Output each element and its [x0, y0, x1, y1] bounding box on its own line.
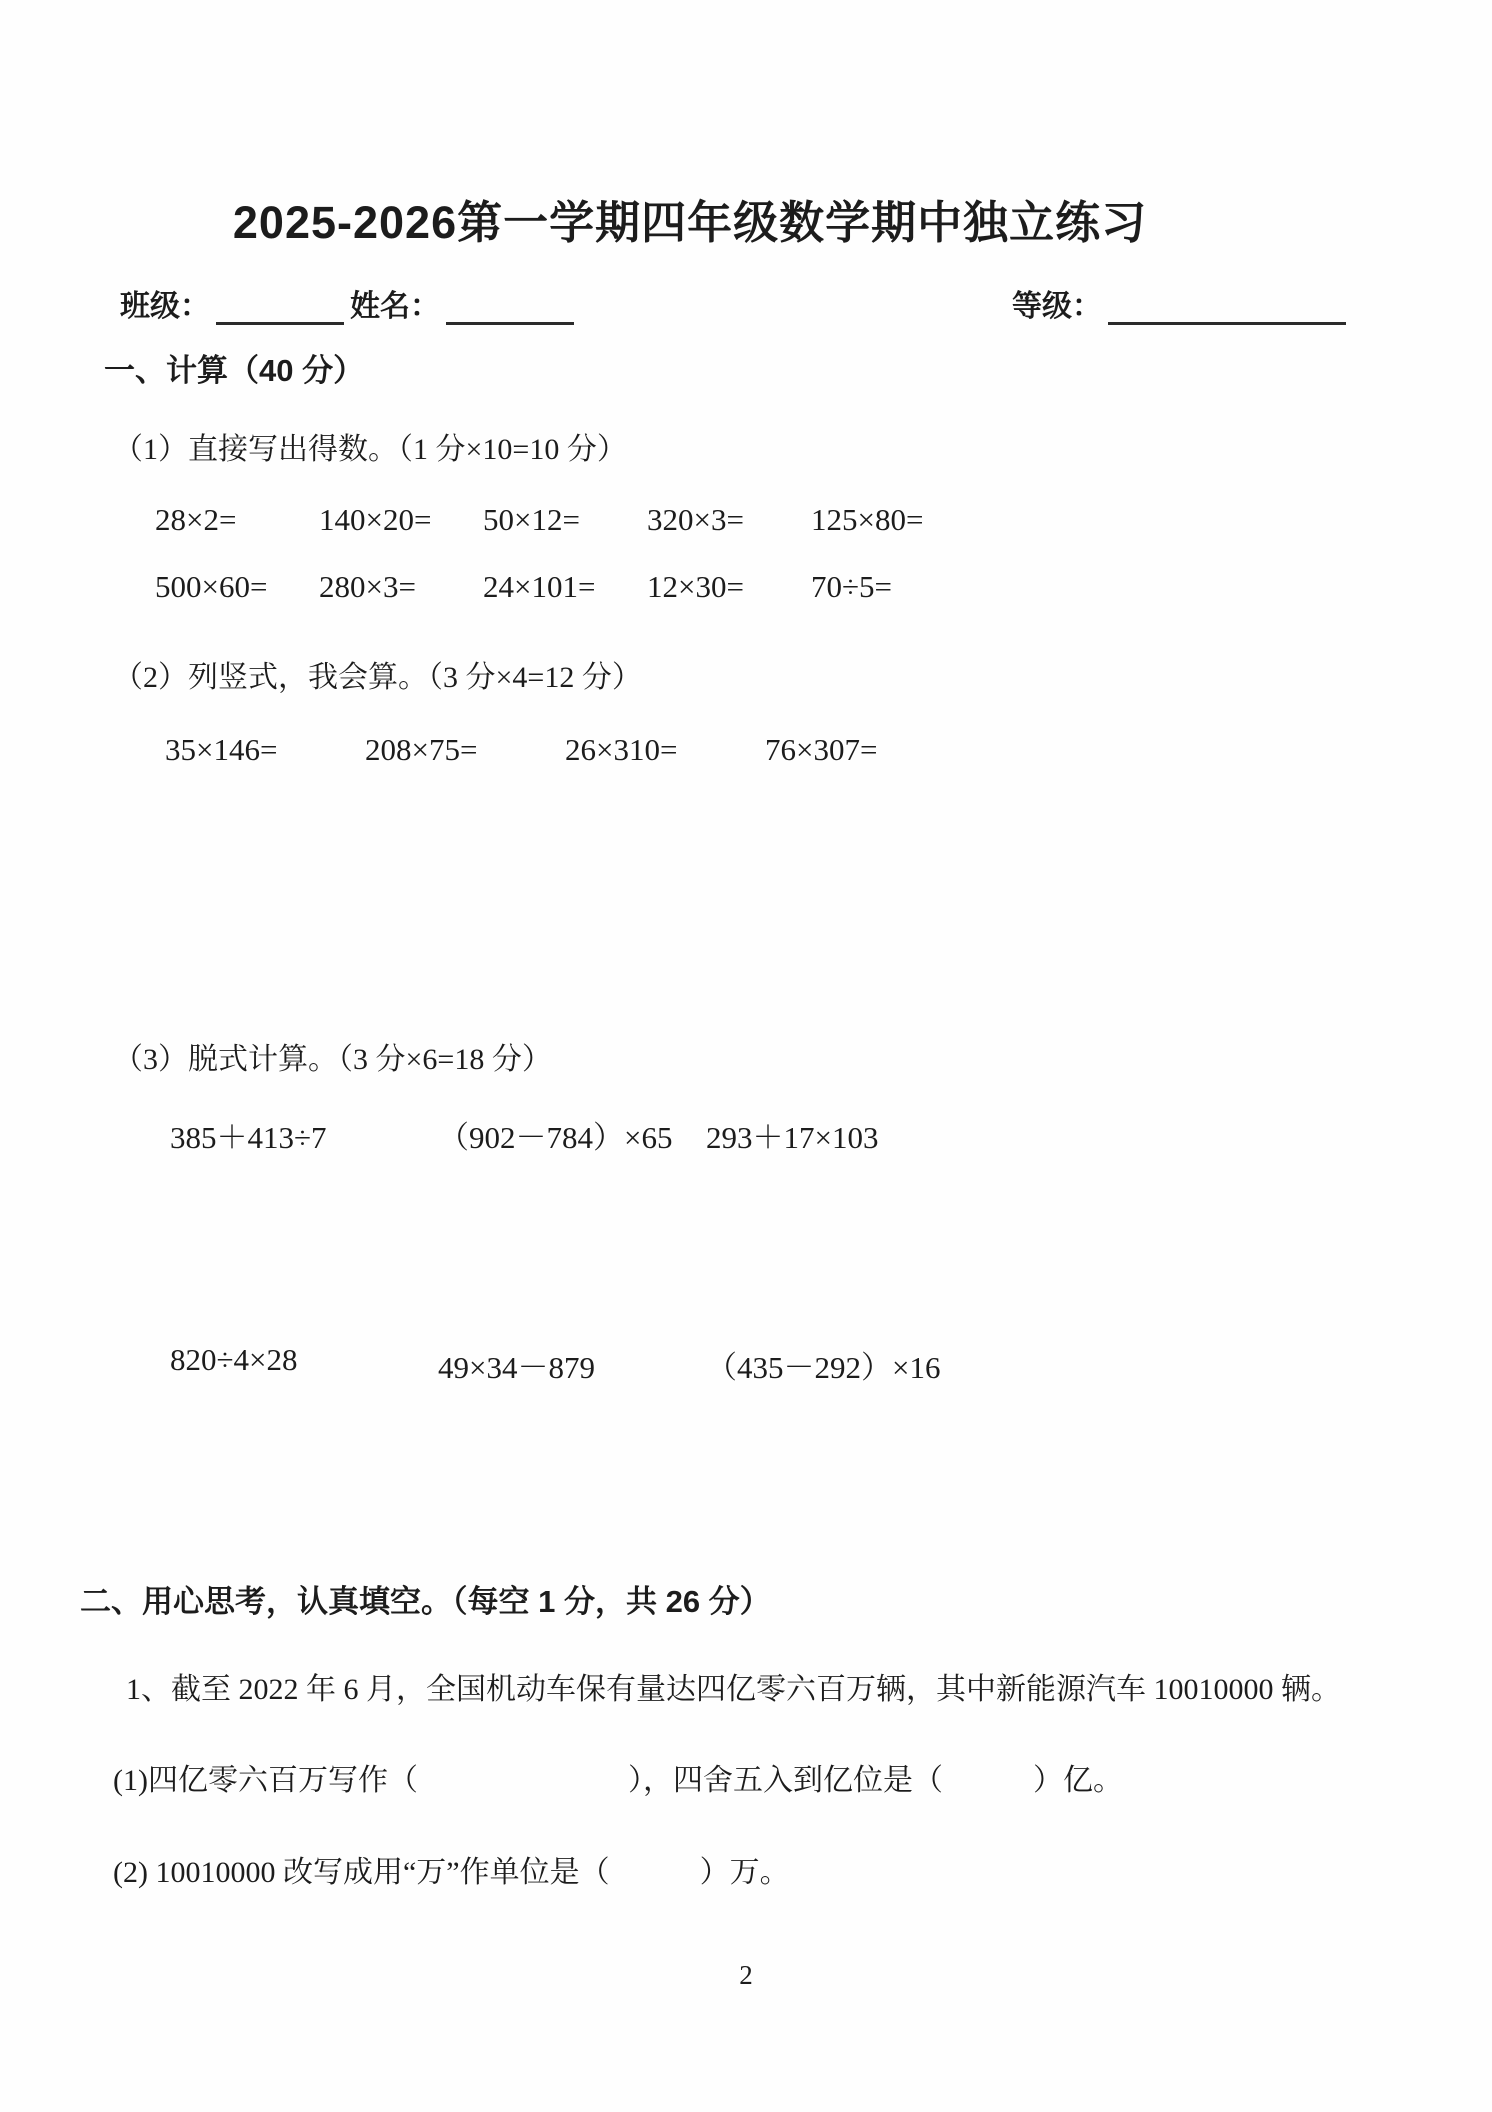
math-problem: （435－292）×16	[706, 1342, 974, 1387]
math-problem: 70÷5=	[811, 569, 975, 605]
math-problem: 320×3=	[647, 502, 811, 538]
stepwise-calc-row-1: 385＋413÷7 （902－784）×65 293＋17×103	[170, 1112, 974, 1157]
math-problem: 125×80=	[811, 502, 975, 538]
math-problem: 140×20=	[319, 502, 483, 538]
name-field: 姓名：	[350, 281, 574, 325]
column-calc-row: 35×146= 208×75= 26×310= 76×307=	[165, 732, 965, 768]
math-problem: 820÷4×28	[170, 1342, 438, 1387]
oral-calc-row-2: 500×60= 280×3= 24×101= 12×30= 70÷5=	[155, 569, 975, 605]
math-problem: （902－784）×65	[438, 1112, 706, 1157]
math-problem: 208×75=	[365, 732, 565, 768]
math-problem: 385＋413÷7	[170, 1112, 438, 1157]
math-problem: 35×146=	[165, 732, 365, 768]
oral-calc-row-1: 28×2= 140×20= 50×12= 320×3= 125×80=	[155, 502, 975, 538]
student-info-row: 班级： 姓名： 等级：	[0, 281, 1492, 325]
grade-field: 等级：	[1012, 281, 1346, 325]
math-problem: 26×310=	[565, 732, 765, 768]
math-problem: 76×307=	[765, 732, 965, 768]
class-blank-line	[216, 290, 344, 325]
section-1-heading: 一、计算（40 分）	[104, 345, 364, 390]
section-2-heading: 二、用心思考，认真填空。（每空 1 分，共 26 分）	[80, 1576, 771, 1621]
page-number: 2	[0, 1960, 1492, 1991]
math-problem: 28×2=	[155, 502, 319, 538]
question-1-sub-1: (1)四亿零六百万写作（ ），四舍五入到亿位是（ ）亿。	[113, 1755, 1123, 1799]
name-blank-line	[446, 290, 574, 325]
math-problem: 12×30=	[647, 569, 811, 605]
stepwise-calc-row-2: 820÷4×28 49×34－879 （435－292）×16	[170, 1342, 974, 1387]
page-title: 2025-2026第一学期四年级数学期中独立练习	[0, 186, 1380, 251]
math-problem: 50×12=	[483, 502, 647, 538]
math-problem: 280×3=	[319, 569, 483, 605]
math-problem: 24×101=	[483, 569, 647, 605]
worksheet-page: 2025-2026第一学期四年级数学期中独立练习 班级： 姓名： 等级： 一、计…	[0, 0, 1492, 2112]
math-problem: 49×34－879	[438, 1342, 706, 1387]
class-label: 班级：	[120, 290, 210, 323]
part-1-heading: （1）直接写出得数。（1 分×10=10 分）	[113, 424, 627, 468]
question-1-sub-2: (2) 10010000 改写成用“万”作单位是（ ）万。	[113, 1847, 790, 1891]
grade-blank-line	[1108, 290, 1346, 325]
math-problem: 500×60=	[155, 569, 319, 605]
part-2-heading: （2）列竖式，我会算。（3 分×4=12 分）	[113, 652, 642, 696]
math-problem: 293＋17×103	[706, 1112, 974, 1157]
class-field: 班级：	[120, 281, 344, 325]
question-1-intro: 1、截至 2022 年 6 月，全国机动车保有量达四亿零六百万辆，其中新能源汽车…	[126, 1664, 1341, 1708]
name-label: 姓名：	[350, 290, 440, 323]
part-3-heading: （3）脱式计算。（3 分×6=18 分）	[113, 1034, 552, 1078]
grade-label: 等级：	[1012, 290, 1102, 323]
